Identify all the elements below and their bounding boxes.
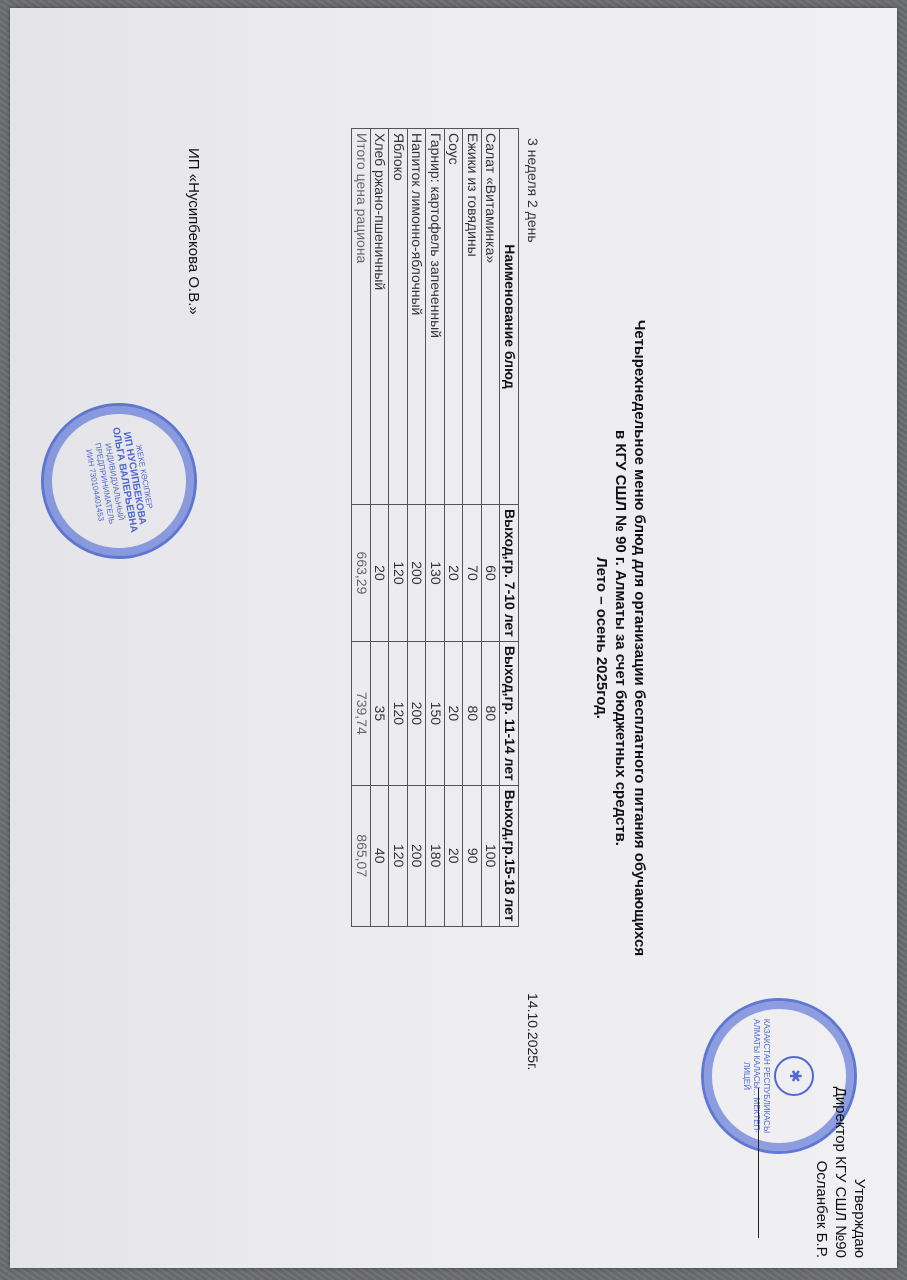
header-yield-7-10: Выход,гр. 7-10 лет: [500, 505, 519, 642]
total-price-11-14: 739,74: [352, 641, 371, 785]
dish-name: Соус: [445, 129, 464, 505]
yield-7-10: 20: [371, 505, 390, 642]
total-price-15-18: 865,07: [352, 785, 371, 926]
yield-7-10: 20: [445, 505, 464, 642]
yield-15-18: 20: [445, 785, 464, 926]
yield-15-18: 100: [482, 785, 501, 926]
paper-sheet: ✱ КАЗАКСТАН РЕСПУБЛИКАСЫ АЛМАТЫ КАЛАСЫ..…: [10, 8, 897, 1268]
table-row: Хлеб ржано-пшеничный 20 35 40: [371, 129, 390, 927]
table-row: Салат «Витаминка» 60 80 100: [482, 129, 501, 927]
table-row: Гарнир: картофель запеченный 130 150 180: [426, 129, 445, 927]
dish-name: Напиток лимонно-яблочный: [408, 129, 427, 505]
yield-15-18: 120: [389, 785, 408, 926]
yield-7-10: 70: [463, 505, 482, 642]
yield-15-18: 40: [371, 785, 390, 926]
approval-position: Директор КГУ СШЛ №90: [831, 1068, 850, 1258]
document-title: Четырехнедельное меню блюд для организац…: [592, 8, 649, 1268]
dish-name: Яблоко: [389, 129, 408, 505]
approval-label: Утверждаю: [850, 1068, 869, 1258]
supplier-stamp: ЖЕКЕ КӘСІПКЕР ИП НУСИПБЕКОВА ОЛЬГА ВАЛЕР…: [29, 391, 210, 572]
emblem-icon: ✱: [774, 1056, 814, 1096]
signature-line: [758, 1088, 759, 1238]
header-yield-15-18: Выход,гр.15-18 лет: [500, 785, 519, 926]
yield-11-14: 150: [426, 641, 445, 785]
title-line-1: Четырехнедельное меню блюд для организац…: [630, 8, 649, 1268]
yield-11-14: 35: [371, 641, 390, 785]
table-header-row: Наименование блюд Выход,гр. 7-10 лет Вых…: [500, 129, 519, 927]
yield-11-14: 20: [445, 641, 464, 785]
dish-name: Салат «Витаминка»: [482, 129, 501, 505]
menu-date: 14.10.2025г.: [525, 993, 541, 1070]
total-row: Итого цена рациона 663,29 739,74 865,07: [352, 129, 371, 927]
yield-7-10: 200: [408, 505, 427, 642]
table-row: Соус 20 20 20: [445, 129, 464, 927]
yield-11-14: 200: [408, 641, 427, 785]
document-page: ✱ КАЗАКСТАН РЕСПУБЛИКАСЫ АЛМАТЫ КАЛАСЫ..…: [10, 8, 897, 1268]
school-stamp-text: КАЗАКСТАН РЕСПУБЛИКАСЫ АЛМАТЫ КАЛАСЫ... …: [741, 1016, 771, 1136]
yield-7-10: 60: [482, 505, 501, 642]
yield-11-14: 80: [482, 641, 501, 785]
yield-11-14: 120: [389, 641, 408, 785]
yield-11-14: 80: [463, 641, 482, 785]
dish-name: Гарнир: картофель запеченный: [426, 129, 445, 505]
yield-15-18: 200: [408, 785, 427, 926]
approval-block: Утверждаю Директор КГУ СШЛ №90 Осланбек …: [812, 1068, 869, 1258]
total-price-7-10: 663,29: [352, 505, 371, 642]
week-day-label: 3 неделя 2 день: [525, 138, 541, 243]
yield-7-10: 130: [426, 505, 445, 642]
dish-name: Хлеб ржано-пшеничный: [371, 129, 390, 505]
table-row: Напиток лимонно-яблочный 200 200 200: [408, 129, 427, 927]
supplier-label: ИП «Нусипбекова О.В.»: [185, 148, 202, 315]
yield-15-18: 180: [426, 785, 445, 926]
dish-name: Ежики из говядины: [463, 129, 482, 505]
title-line-3: Лето – осень 2025год.: [592, 8, 611, 1268]
approval-name: Осланбек Б.Р.: [812, 1068, 831, 1258]
table-row: Ежики из говядины 70 80 90: [463, 129, 482, 927]
header-yield-11-14: Выход,гр. 11-14 лет: [500, 641, 519, 785]
yield-15-18: 90: [463, 785, 482, 926]
yield-7-10: 120: [389, 505, 408, 642]
table-row: Яблоко 120 120 120: [389, 129, 408, 927]
header-dish-name: Наименование блюд: [500, 129, 519, 505]
total-label: Итого цена рациона: [352, 129, 371, 505]
menu-table: Наименование блюд Выход,гр. 7-10 лет Вых…: [352, 128, 520, 927]
title-line-2: в КГУ СШЛ № 90 г. Алматы за счет бюджетн…: [611, 8, 630, 1268]
